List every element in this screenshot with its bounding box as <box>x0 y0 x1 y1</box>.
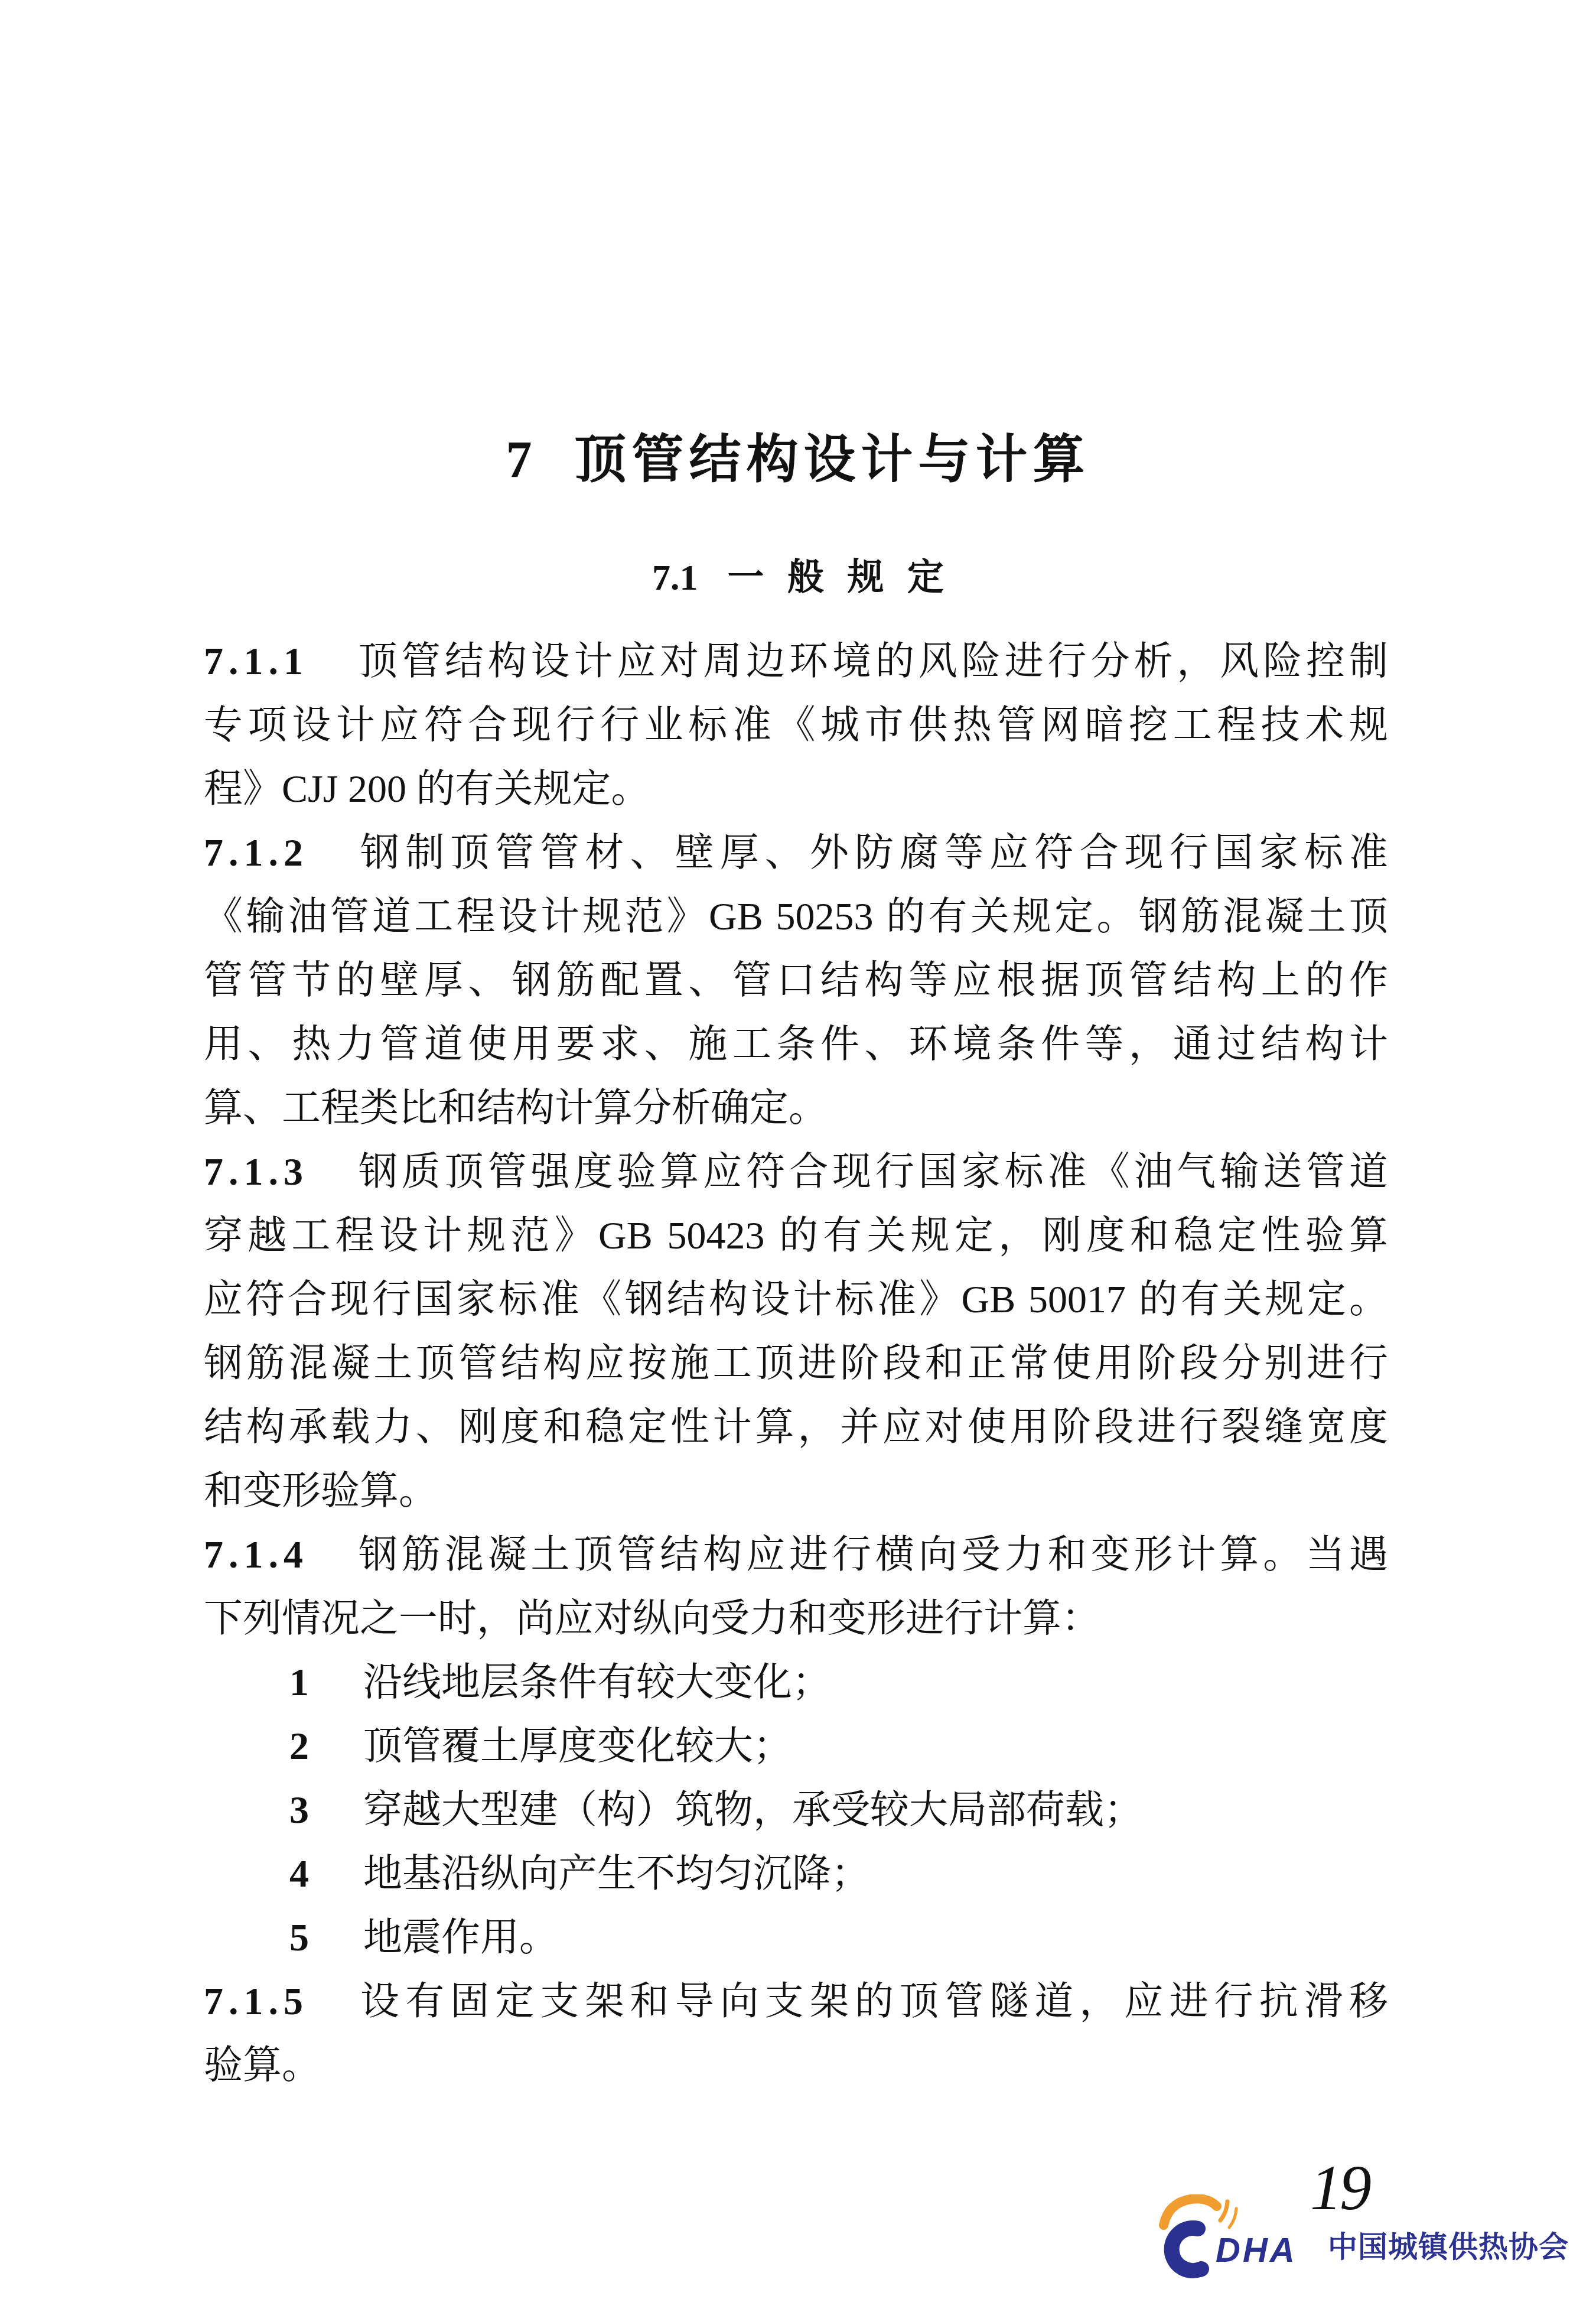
item-number: 3 <box>289 1789 309 1832</box>
section-heading: 7.1一 般 规 定 <box>0 557 1596 599</box>
item-number: 5 <box>289 1916 309 1959</box>
clause-number: 7.1.5 <box>204 1980 308 2023</box>
item-number: 4 <box>289 1852 309 1895</box>
clause-line: 管管节的壁厚、钢筋配置、管口结构等应根据顶管结构上的作 <box>204 949 1388 1013</box>
list-item: 5地震作用。 <box>204 1906 1388 1970</box>
clause-line: 算、工程类比和结构计算分析确定。 <box>204 1077 1388 1140</box>
section-title: 一 般 规 定 <box>727 558 944 598</box>
clause-first-line: 7.1.4钢筋混凝土顶管结构应进行横向受力和变形计算。当遇 <box>204 1523 1388 1587</box>
chapter-title: 顶管结构设计与计算 <box>574 431 1090 489</box>
clause-line: 结构承载力、刚度和稳定性计算，并应对使用阶段进行裂缝宽度 <box>204 1396 1388 1459</box>
item-number: 2 <box>289 1725 309 1768</box>
clause-line: 专项设计应符合现行行业标准《城市供热管网暗挖工程技术规 <box>204 694 1388 757</box>
list-item: 4地基沿纵向产生不均匀沉降； <box>204 1842 1388 1906</box>
clause-number: 7.1.1 <box>204 640 308 683</box>
clause-line: 程》CJJ 200 的有关规定。 <box>204 757 1388 821</box>
clause-first-line: 7.1.3钢质顶管强度验算应符合现行国家标准《油气输送管道 <box>204 1140 1388 1204</box>
item-text: 地震作用。 <box>363 1916 558 1959</box>
item-text: 沿线地层条件有较大变化； <box>363 1661 831 1704</box>
item-text: 穿越大型建（构）筑物，承受较大局部荷载； <box>363 1789 1143 1832</box>
chapter-heading: 7顶管结构设计与计算 <box>0 432 1596 489</box>
clause-text: 钢筋混凝土顶管结构应进行横向受力和变形计算。当遇 <box>354 1533 1388 1576</box>
item-text: 顶管覆土厚度变化较大； <box>363 1725 792 1768</box>
clause-line: 验算。 <box>204 2034 1388 2098</box>
list-item: 2顶管覆土厚度变化较大； <box>204 1715 1388 1778</box>
logo-orange-tick-1 <box>1220 2202 1227 2220</box>
item-text: 地基沿纵向产生不均匀沉降； <box>363 1852 870 1895</box>
clause-line: 应符合现行国家标准《钢结构设计标准》GB 50017 的有关规定。 <box>204 1268 1388 1332</box>
clause-first-line: 7.1.2钢制顶管管材、壁厚、外防腐等应符合现行国家标准 <box>204 821 1388 885</box>
clause-number: 7.1.3 <box>204 1150 308 1194</box>
logo-orange-tick-2 <box>1229 2209 1236 2228</box>
cdha-logo: DHA 中国城镇供热协会 <box>1159 2194 1572 2289</box>
clause-text: 顶管结构设计应对周边环境的风险进行分析，风险控制 <box>354 640 1388 683</box>
clause-text: 设有固定支架和导向支架的顶管隧道，应进行抗滑移 <box>354 1980 1388 2023</box>
chapter-number: 7 <box>506 431 532 489</box>
clause-line: 用、热力管道使用要求、施工条件、环境条件等，通过结构计 <box>204 1013 1388 1077</box>
clause-text: 钢制顶管管材、壁厚、外防腐等应符合现行国家标准 <box>354 831 1388 874</box>
clause-line: 穿越工程设计规范》GB 50423 的有关规定，刚度和稳定性验算 <box>204 1204 1388 1268</box>
clause-line: 下列情况之一时，尚应对纵向受力和变形进行计算： <box>204 1587 1388 1651</box>
cdha-org-name: 中国城镇供热协会 <box>1328 2232 1569 2262</box>
body-text: 7.1.1顶管结构设计应对周边环境的风险进行分析，风险控制 专项设计应符合现行行… <box>204 630 1388 2098</box>
clause-number: 7.1.4 <box>204 1533 308 1576</box>
clause-text: 钢质顶管强度验算应符合现行国家标准《油气输送管道 <box>354 1150 1388 1194</box>
clause-line: 《输油管道工程设计规范》GB 50253 的有关规定。钢筋混凝土顶 <box>204 885 1388 949</box>
clause-line: 和变形验算。 <box>204 1459 1388 1523</box>
logo-c-swoosh <box>1172 2228 1201 2271</box>
document-page: 7顶管结构设计与计算 7.1一 般 规 定 7.1.1顶管结构设计应对周边环境的… <box>0 0 1596 2312</box>
section-number: 7.1 <box>652 558 698 598</box>
clause-first-line: 7.1.1顶管结构设计应对周边环境的风险进行分析，风险控制 <box>204 630 1388 694</box>
clause-line: 钢筋混凝土顶管结构应按施工顶进阶段和正常使用阶段分别进行 <box>204 1332 1388 1396</box>
list-item: 3穿越大型建（构）筑物，承受较大局部荷载； <box>204 1778 1388 1842</box>
item-number: 1 <box>289 1661 309 1704</box>
clause-number: 7.1.2 <box>204 831 308 874</box>
cdha-acronym: DHA <box>1216 2233 1297 2268</box>
clause-first-line: 7.1.5设有固定支架和导向支架的顶管隧道，应进行抗滑移 <box>204 1970 1388 2034</box>
list-item: 1沿线地层条件有较大变化； <box>204 1651 1388 1715</box>
